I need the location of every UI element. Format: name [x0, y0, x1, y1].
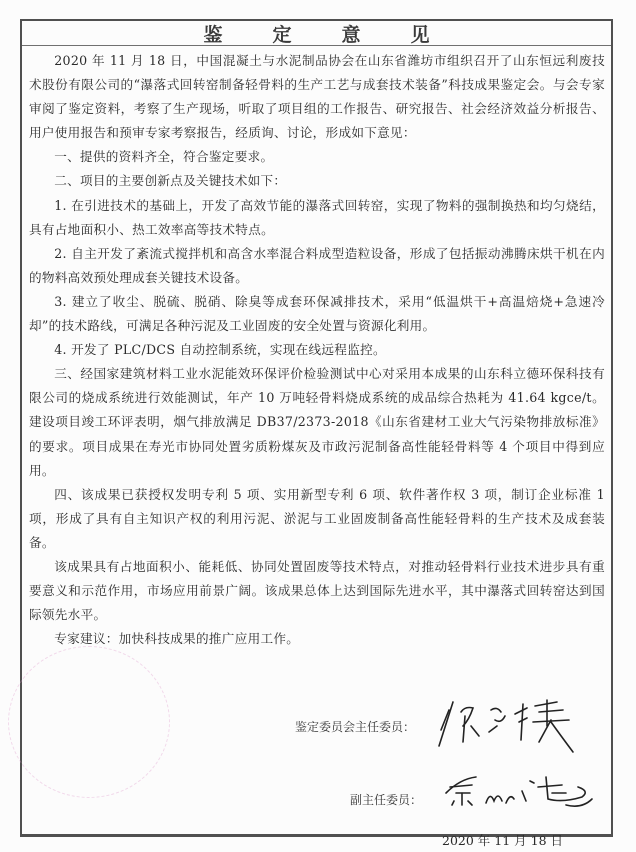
- appraisal-opinion-frame: 鉴 定 意 见 2020 年 11 月 18 日，中国混凝土与水泥制品协会在山东…: [20, 19, 613, 837]
- opinion-item-3: 三、经国家建筑材料工业水泥能效环保评价检验测试中心对采用本成果的山东科立德环保科…: [29, 362, 605, 482]
- title-char: 鉴: [203, 20, 222, 47]
- title-char: 意: [342, 20, 361, 47]
- innovation-point-2: 2. 自主开发了紊流式搅拌机和高含水率混合料成型造粒设备，形成了包括振动沸腾床烘…: [29, 242, 605, 290]
- innovation-point-4: 4. 开发了 PLC/DCS 自动控制系统，实现在线远程监控。: [29, 338, 605, 362]
- chief-signature-icon: [435, 696, 585, 756]
- conclusion-paragraph: 该成果具有占地面积小、能耗低、协同处置固废等技术特点，对推动轻骨料行业技术进步具…: [29, 555, 605, 627]
- signature-block: 鉴定委员会主任委员： 副主任委员： 2020 年 11 月 18 日: [22, 671, 611, 841]
- signature-date: 2020 年 11 月 18 日: [442, 831, 563, 849]
- innovation-point-3: 3. 建立了收尘、脱硫、脱硝、除臭等成套环保减排技术，采用“低温烘干+高温焙烧+…: [29, 290, 605, 338]
- deputy-signature-icon: [442, 771, 602, 811]
- opinion-item-1: 一、提供的资料齐全，符合鉴定要求。: [29, 145, 605, 169]
- opinion-body: 2020 年 11 月 18 日，中国混凝土与水泥制品协会在山东省潍坊市组织召开…: [29, 49, 605, 651]
- innovation-point-1: 1. 在引进技术的基础上，开发了高效节能的瀑落式回转窑，实现了物料的强制换热和均…: [29, 194, 605, 242]
- intro-paragraph: 2020 年 11 月 18 日，中国混凝土与水泥制品协会在山东省潍坊市组织召开…: [29, 49, 605, 145]
- expert-suggestion: 专家建议：加快科技成果的推广应用工作。: [29, 627, 605, 651]
- chief-committee-label: 鉴定委员会主任委员：: [295, 718, 415, 735]
- title-char: 定: [272, 20, 291, 47]
- deputy-committee-label: 副主任委员：: [350, 791, 422, 808]
- page-title: 鉴 定 意 见: [22, 21, 611, 46]
- faded-seal-stamp-icon: [8, 646, 170, 798]
- opinion-item-4: 四、该成果已获授权发明专利 5 项、实用新型专利 6 项、软件著作权 3 项，制…: [29, 483, 605, 555]
- opinion-item-2: 二、项目的主要创新点及关键技术如下：: [29, 169, 605, 193]
- title-char: 见: [411, 20, 430, 47]
